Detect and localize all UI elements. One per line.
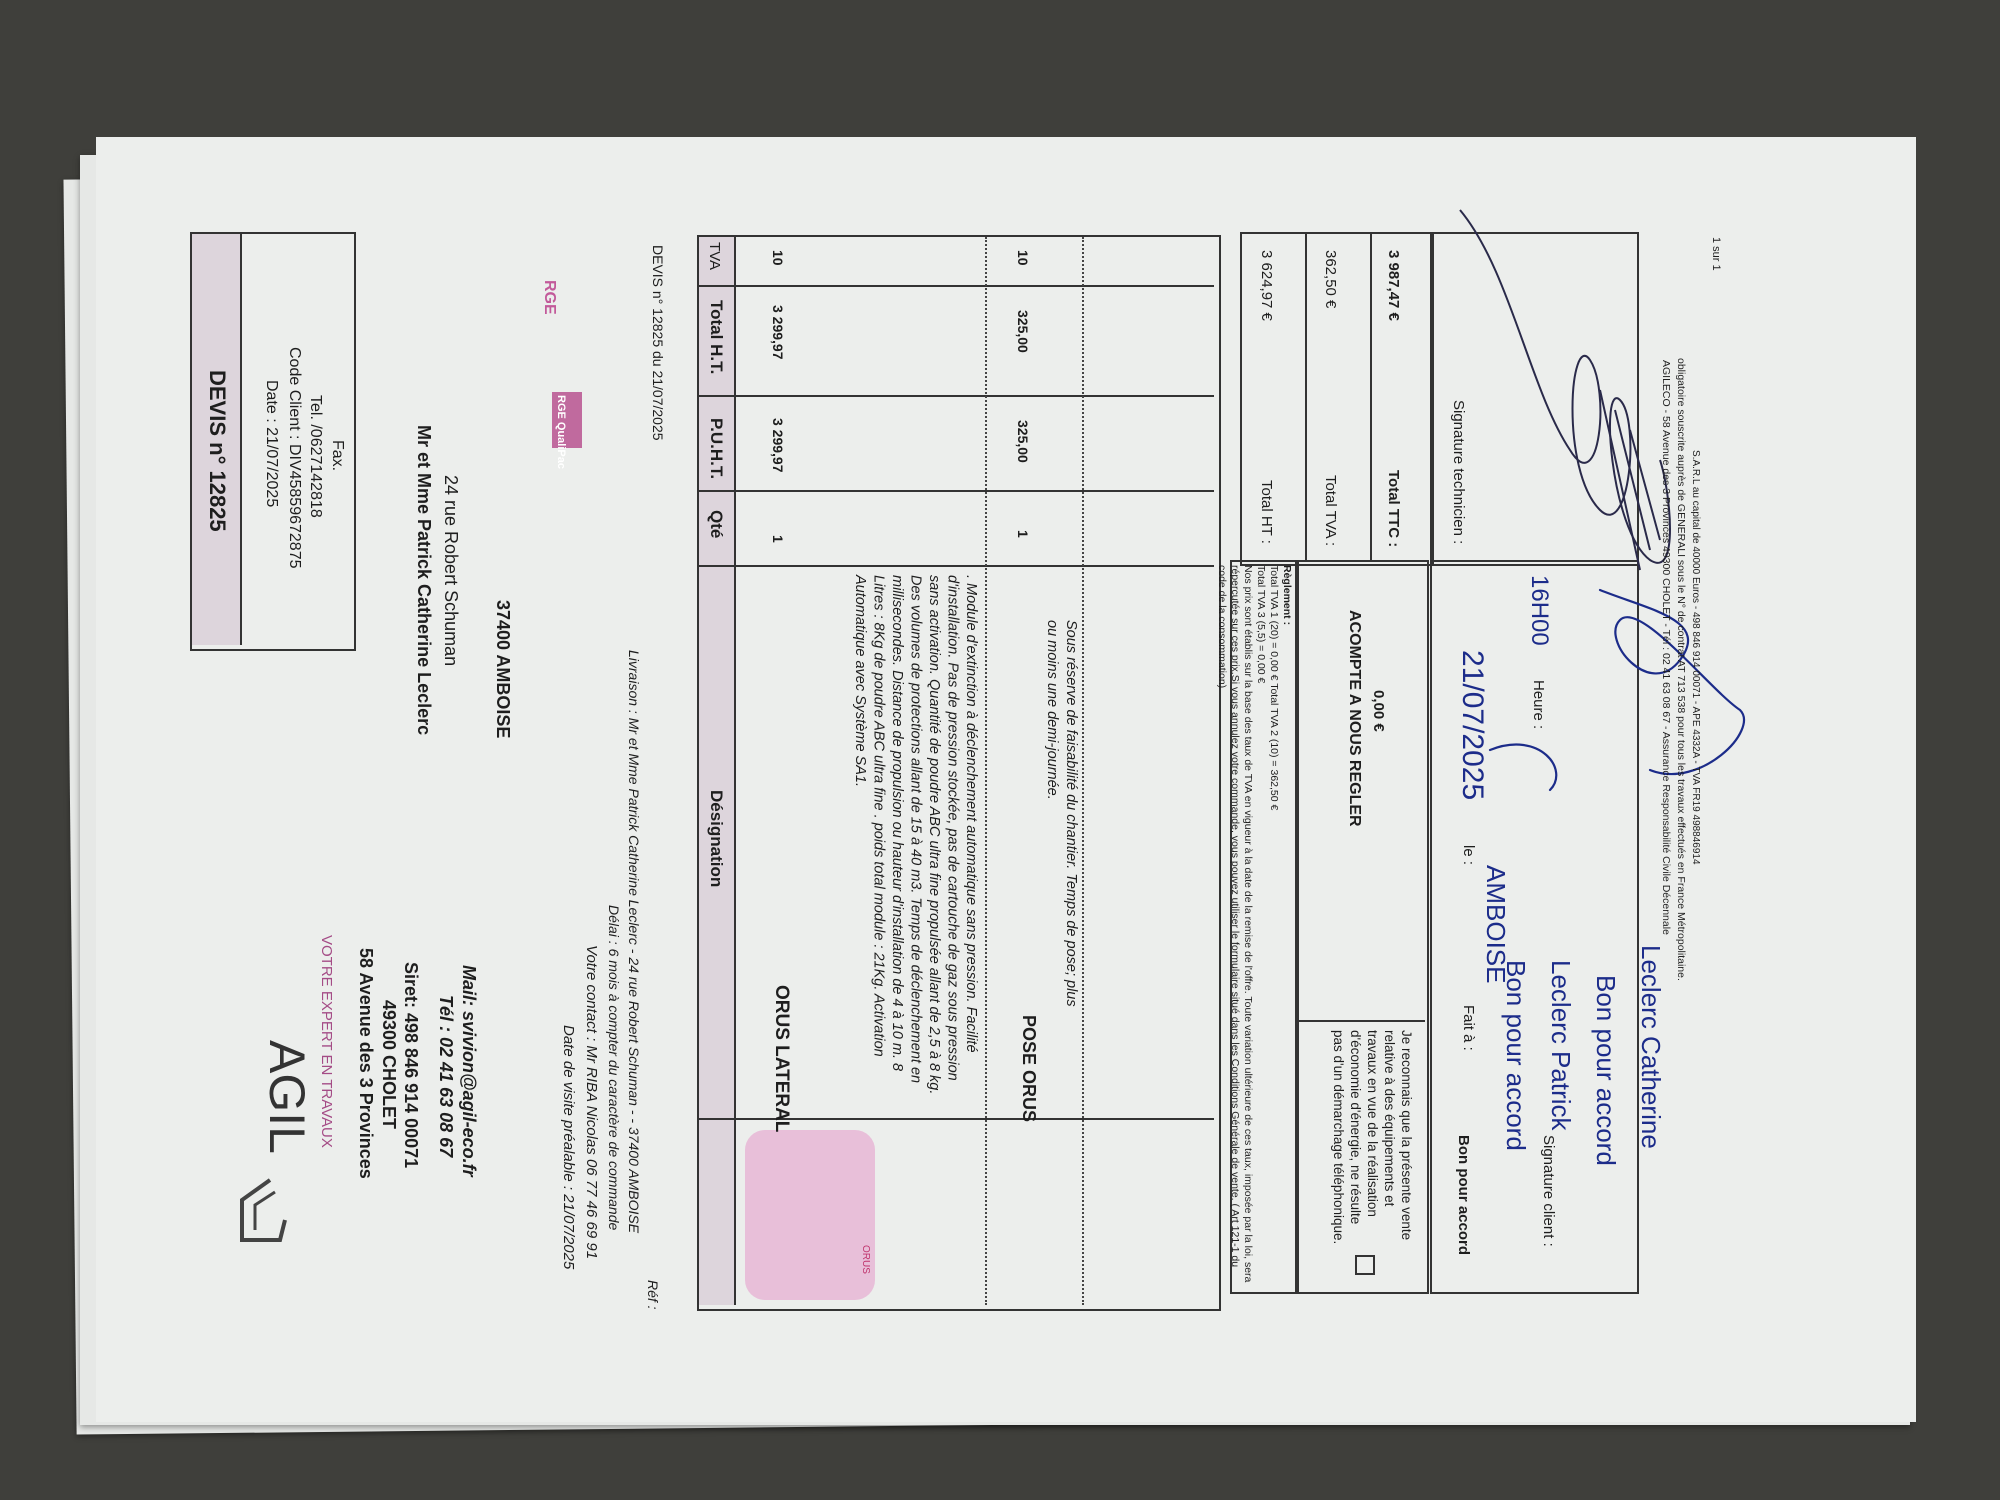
page-number: 1 sur 1 — [1710, 237, 1722, 271]
visit-contact: Votre contact : Mr RIBA Nicolas 06 77 46… — [583, 945, 600, 1259]
company-email: Mail: svivion@agil-eco.fr — [458, 965, 479, 1177]
company-siret: Siret: 498 846 914 00071 — [400, 962, 421, 1168]
handwritten-line: Leclerc Patrick — [1545, 960, 1576, 1131]
acknowledgement-text: Je reconnais que la présente vente relat… — [1300, 1030, 1415, 1245]
client-code: Code Client : DIV45859672875 — [285, 347, 303, 569]
item-total: 325,00 — [1015, 310, 1031, 353]
total-ttc-label: Total TTC : — [1385, 470, 1402, 547]
col-qty: Qté — [706, 510, 726, 538]
total-ttc-value: 3 987,47 € — [1385, 250, 1402, 321]
footer-line-1: AGILECO - 58 Avenue des 3 Provinces 4930… — [1660, 360, 1672, 935]
col-designation: Désignation — [706, 790, 726, 887]
agreement-label: Bon pour accord — [1455, 1135, 1472, 1255]
quote-reference-line: DEVIS n° 12825 du 21/07/2025 — [650, 245, 666, 441]
acknowledgement-checkbox[interactable] — [1355, 1255, 1375, 1275]
total-ht-value: 3 624,97 € — [1258, 250, 1275, 321]
date-label: le : — [1460, 845, 1477, 865]
client-phone: Tel. /0627142818 — [306, 395, 324, 518]
visit-delivery: Livraison : Mr et Mme Patrick Catherine … — [626, 650, 642, 1233]
total-tva-value: 362,50 € — [1322, 250, 1339, 308]
item-unit-price: 325,00 — [1015, 420, 1031, 463]
item-title: ORUS LATERAL — [770, 985, 792, 1132]
footer-line-3: S.A.R.L au capital de 40000 Euros - 498 … — [1690, 450, 1701, 865]
handwritten-line: Leclerc Catherine — [1635, 945, 1666, 1149]
client-signature-label: Signature client : — [1540, 1135, 1557, 1247]
item-qty: 1 — [1015, 530, 1031, 538]
visit-ref: Réf : — [645, 1280, 661, 1310]
handwritten-line: Bon pour accord — [1500, 960, 1531, 1151]
company-phone: Tél : 02 41 63 08 67 — [435, 995, 456, 1157]
client-street: 24 rue Robert Schuman — [440, 475, 461, 666]
deposit-label: ACOMPTE A NOUS REGLER — [1345, 610, 1363, 827]
payment-terms: Règlement : Total TVA 1 (20) = 0,00 € To… — [1235, 565, 1293, 1285]
item-description: . Module d'extinction à déclenchement au… — [795, 575, 980, 1105]
item-vat: 10 — [770, 250, 786, 266]
rge-badge: RGE — [540, 280, 558, 315]
item-description: Sous réserve de faisabilité du chantier.… — [1040, 620, 1080, 1020]
footer-line-2: obligatoire souscrite auprès de GENERALI… — [1675, 358, 1687, 981]
item-vat: 10 — [1015, 250, 1031, 266]
company-tagline: VOTRE EXPERT EN TRAVAUX — [318, 935, 335, 1148]
client-fax: Fax. — [328, 440, 346, 471]
total-ht-label: Total HT : — [1258, 480, 1275, 544]
total-tva-label: Total TVA : — [1322, 475, 1339, 546]
quote-date: Date : 21/07/2025 — [262, 380, 280, 507]
company-city: 49300 CHOLET — [378, 1000, 399, 1129]
company-address: 58 Avenue des 3 Provinces — [355, 948, 376, 1179]
orus-product-image — [745, 1130, 875, 1300]
col-total: Total H.T. — [706, 300, 726, 374]
col-unit-price: P.U.H.T. — [706, 418, 726, 479]
item-total: 3 299,97 — [770, 305, 786, 360]
client-city: 37400 AMBOISE — [492, 600, 513, 738]
signature-scribbles-icon — [1450, 190, 1780, 810]
item-unit-price: 3 299,97 — [770, 418, 786, 473]
deposit-value: 0,00 € — [1370, 690, 1387, 732]
company-logo-text: AGIL — [258, 1040, 316, 1154]
visit-delay: Délai : 6 mois à compter du caractère de… — [606, 905, 622, 1230]
item-title: POSE ORUS — [1018, 1015, 1039, 1122]
visit-date: Date de visite préalable : 21/07/2025 — [560, 1025, 577, 1269]
client-name: Mr et Mme Patrick Catherine Leclerc — [413, 425, 434, 735]
quote-title: DEVIS n° 12825 — [204, 370, 230, 532]
col-vat: TVA — [706, 242, 723, 270]
item-qty: 1 — [770, 535, 786, 543]
quote-overlay: DEVIS n° 12825 Date : 21/07/2025 Code Cl… — [0, 0, 2000, 1500]
handwritten-line: Bon pour accord — [1590, 975, 1621, 1166]
made-at-label: Fait à : — [1460, 1005, 1477, 1051]
